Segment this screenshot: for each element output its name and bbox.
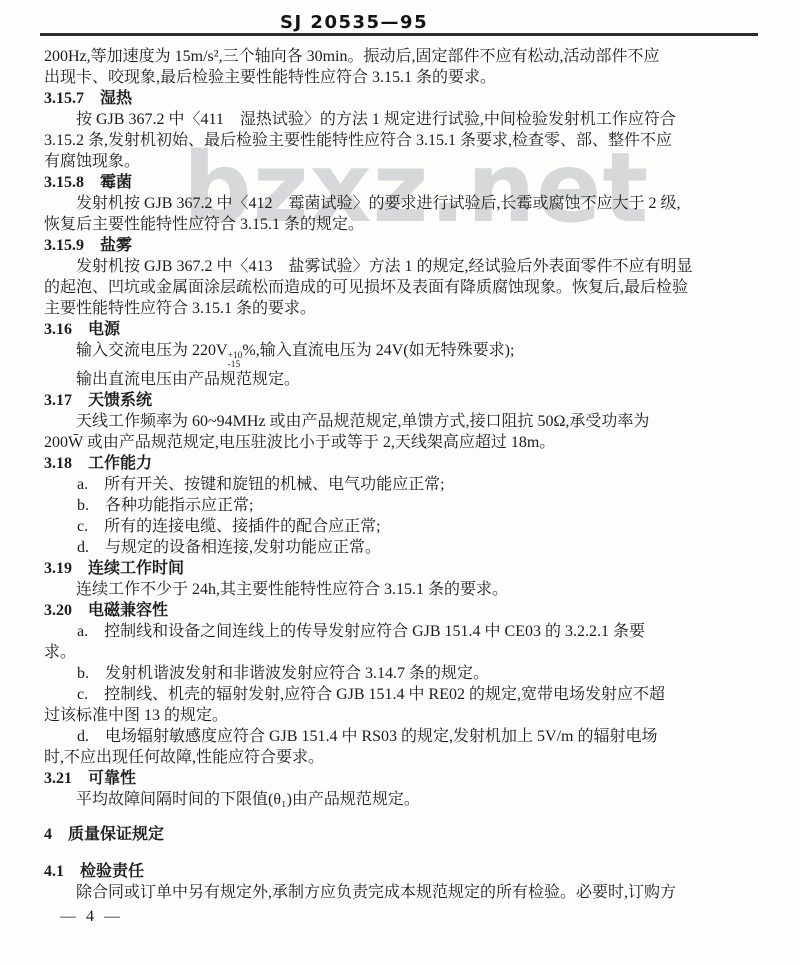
section-heading-3-16: 3.16 电源 [44,319,758,340]
list-item-a: a. 控制线和设备之间连线上的传导发射应符合 GJB 151.4 中 CE03 … [44,621,758,642]
text-line: 主要性能特性应符合 3.15.1 条的要求。 [44,298,758,319]
text-line: 过该标准中图 13 的规定。 [44,705,758,726]
list-item-a: a. 所有开关、按键和旋钮的机械、电气功能应正常; [44,474,758,495]
section-heading-4: 4 质量保证规定 [44,824,758,845]
list-item-c: c. 所有的连接电缆、接插件的配合应正常; [44,516,758,537]
text-line: 发射机按 GJB 367.2 中〈413 盐雾试验〉方法 1 的规定,经试验后外… [44,256,758,277]
header-divider [40,33,758,36]
list-item-d: d. 电场辐射敏感度应符合 GJB 151.4 中 RS03 的规定,发射机加上… [44,726,758,747]
standard-number-header: SJ 20535—95 [280,12,428,33]
section-heading-3-19: 3.19 连续工作时间 [44,558,758,579]
section-heading-3-20: 3.20 电磁兼容性 [44,600,758,621]
text-line: 出现卡、咬现象,最后检验主要性能特性应符合 3.15.1 条的要求。 [44,67,758,88]
text-line: 天线工作频率为 60~94MHz 或由产品规范规定,单馈方式,接口阻抗 50Ω,… [44,411,758,432]
voltage-text-prefix: 输入交流电压为 220V [76,342,228,359]
text-line: 连续工作不少于 24h,其主要性能特性应符合 3.15.1 条的要求。 [44,579,758,600]
tolerance-subscript: -15 [228,361,241,370]
list-item-d: d. 与规定的设备相连接,发射功能应正常。 [44,537,758,558]
section-heading-3-15-9: 3.15.9 盐雾 [44,235,758,256]
scanned-document-page: SJ 20535—95 bzxz.net 200Hz,等加速度为 15m/s²,… [0,0,800,965]
voltage-text-suffix: %,输入直流电压为 24V(如无特殊要求); [242,342,514,359]
text-line: 按 GJB 367.2 中〈411 湿热试验〉的方法 1 规定进行试验,中间检验… [44,109,758,130]
list-item-b: b. 各种功能指示应正常; [44,495,758,516]
text-line: 3.15.2 条,发射机初始、最后检验主要性能特性应符合 3.15.1 条要求,… [44,130,758,151]
section-heading-3-15-7: 3.15.7 湿热 [44,88,758,109]
text-line: 输出直流电压由产品规范规定。 [44,369,758,390]
section-heading-3-15-8: 3.15.8 霉菌 [44,172,758,193]
section-heading-3-18: 3.18 工作能力 [44,453,758,474]
section-heading-4-1: 4.1 检验责任 [44,861,758,882]
document-body: 200Hz,等加速度为 15m/s²,三个轴向各 30min。振动后,固定部件不… [44,46,758,927]
list-item-c: c. 控制线、机壳的辐射发射,应符合 GJB 151.4 中 RE02 的规定,… [44,684,758,705]
text-line: 200W̄ 或由产品规范规定,电压驻波比小于或等于 2,天线架高应超过 18m。 [44,432,758,453]
text-line: 发射机按 GJB 367.2 中〈412 霉菌试验〉的要求进行试验后,长霉或腐蚀… [44,193,758,214]
text-line-voltage: 输入交流电压为 220V+10-15%,输入直流电压为 24V(如无特殊要求); [44,340,758,369]
page-number: — 4 — [44,906,758,927]
text-line: 有腐蚀现象。 [44,151,758,172]
text-line: 恢复后主要性能特性应符合 3.15.1 条的规定。 [44,214,758,235]
text-line: 求。 [44,642,758,663]
text-line: 平均故障间隔时间的下限值(θ₁)由产品规范规定。 [44,789,758,810]
section-heading-3-17: 3.17 天馈系统 [44,390,758,411]
text-line: 时,不应出现任何故障,性能应符合要求。 [44,747,758,768]
text-line: 200Hz,等加速度为 15m/s²,三个轴向各 30min。振动后,固定部件不… [44,46,758,67]
voltage-tolerance-stack: +10-15 [228,352,243,369]
list-item-b: b. 发射机谐波发射和非谐波发射应符合 3.14.7 条的规定。 [44,663,758,684]
section-heading-3-21: 3.21 可靠性 [44,768,758,789]
text-line: 除合同或订单中另有规定外,承制方应负责完成本规范规定的所有检验。必要时,订购方 [44,882,758,903]
text-line: 的起泡、凹坑或金属面涂层疏松而造成的可见损坏及表面有降质腐蚀现象。恢复后,最后检… [44,277,758,298]
